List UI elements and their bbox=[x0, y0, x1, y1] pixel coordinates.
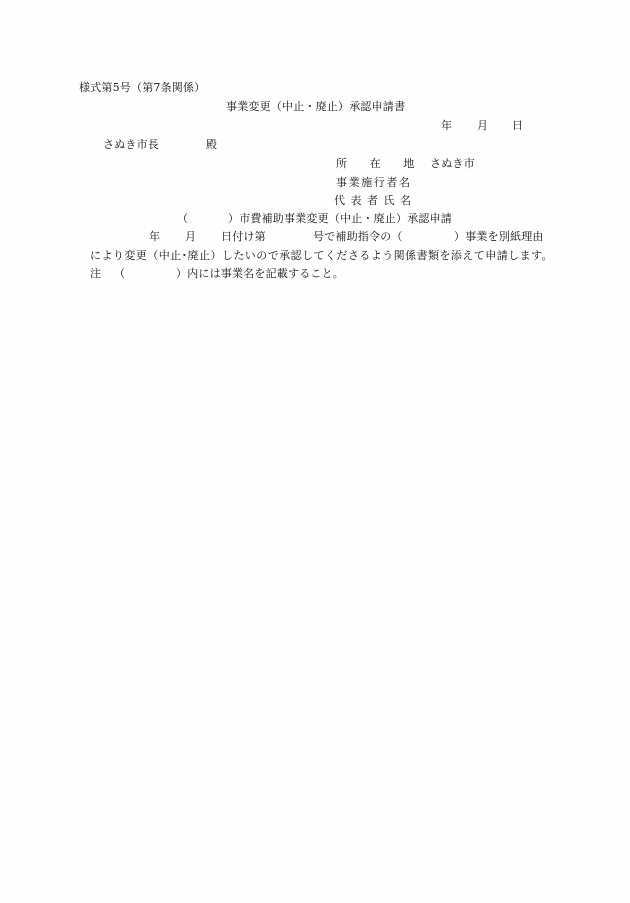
note-text: ）内には事業名を記載すること。 bbox=[176, 267, 344, 281]
note-open-paren: （ bbox=[114, 267, 125, 281]
body-month: 月 bbox=[185, 230, 196, 244]
representative-label: 代 表 者 氏 名 bbox=[334, 194, 412, 208]
document-page: 様式第5号（第7条関係） 事業変更（中止・廃止）承認申請書 年 月 日 さぬき市… bbox=[0, 0, 630, 903]
body-date: 日付け第 bbox=[221, 230, 266, 244]
operator-label: 事業施行者名 bbox=[336, 176, 412, 190]
date-month-label: 月 bbox=[477, 119, 488, 133]
addressee-honorific: 殿 bbox=[206, 138, 217, 152]
subject-text: ）市費補助事業変更（中止・廃止）承認申請 bbox=[228, 212, 452, 226]
body-year: 年 bbox=[149, 230, 160, 244]
address-label: 所 在 地 bbox=[336, 157, 414, 171]
addressee-name: さぬき市長 bbox=[103, 138, 159, 152]
body-line1-end: ）事業を別紙理由 bbox=[454, 230, 544, 244]
body-line2: により変更（中止･廃止）したいので承認してくださるよう関係書類を添えて申請します… bbox=[90, 249, 553, 263]
date-year-label: 年 bbox=[441, 119, 452, 133]
form-number: 様式第5号（第7条関係） bbox=[79, 81, 205, 95]
subject-open-paren: （ bbox=[177, 212, 188, 226]
date-day-label: 日 bbox=[512, 119, 523, 133]
address-value: さぬき市 bbox=[430, 157, 475, 171]
note-label: 注 bbox=[90, 267, 101, 281]
body-number-text: 号で補助指令の（ bbox=[313, 230, 403, 244]
document-title: 事業変更（中止・廃止）承認申請書 bbox=[226, 100, 405, 114]
